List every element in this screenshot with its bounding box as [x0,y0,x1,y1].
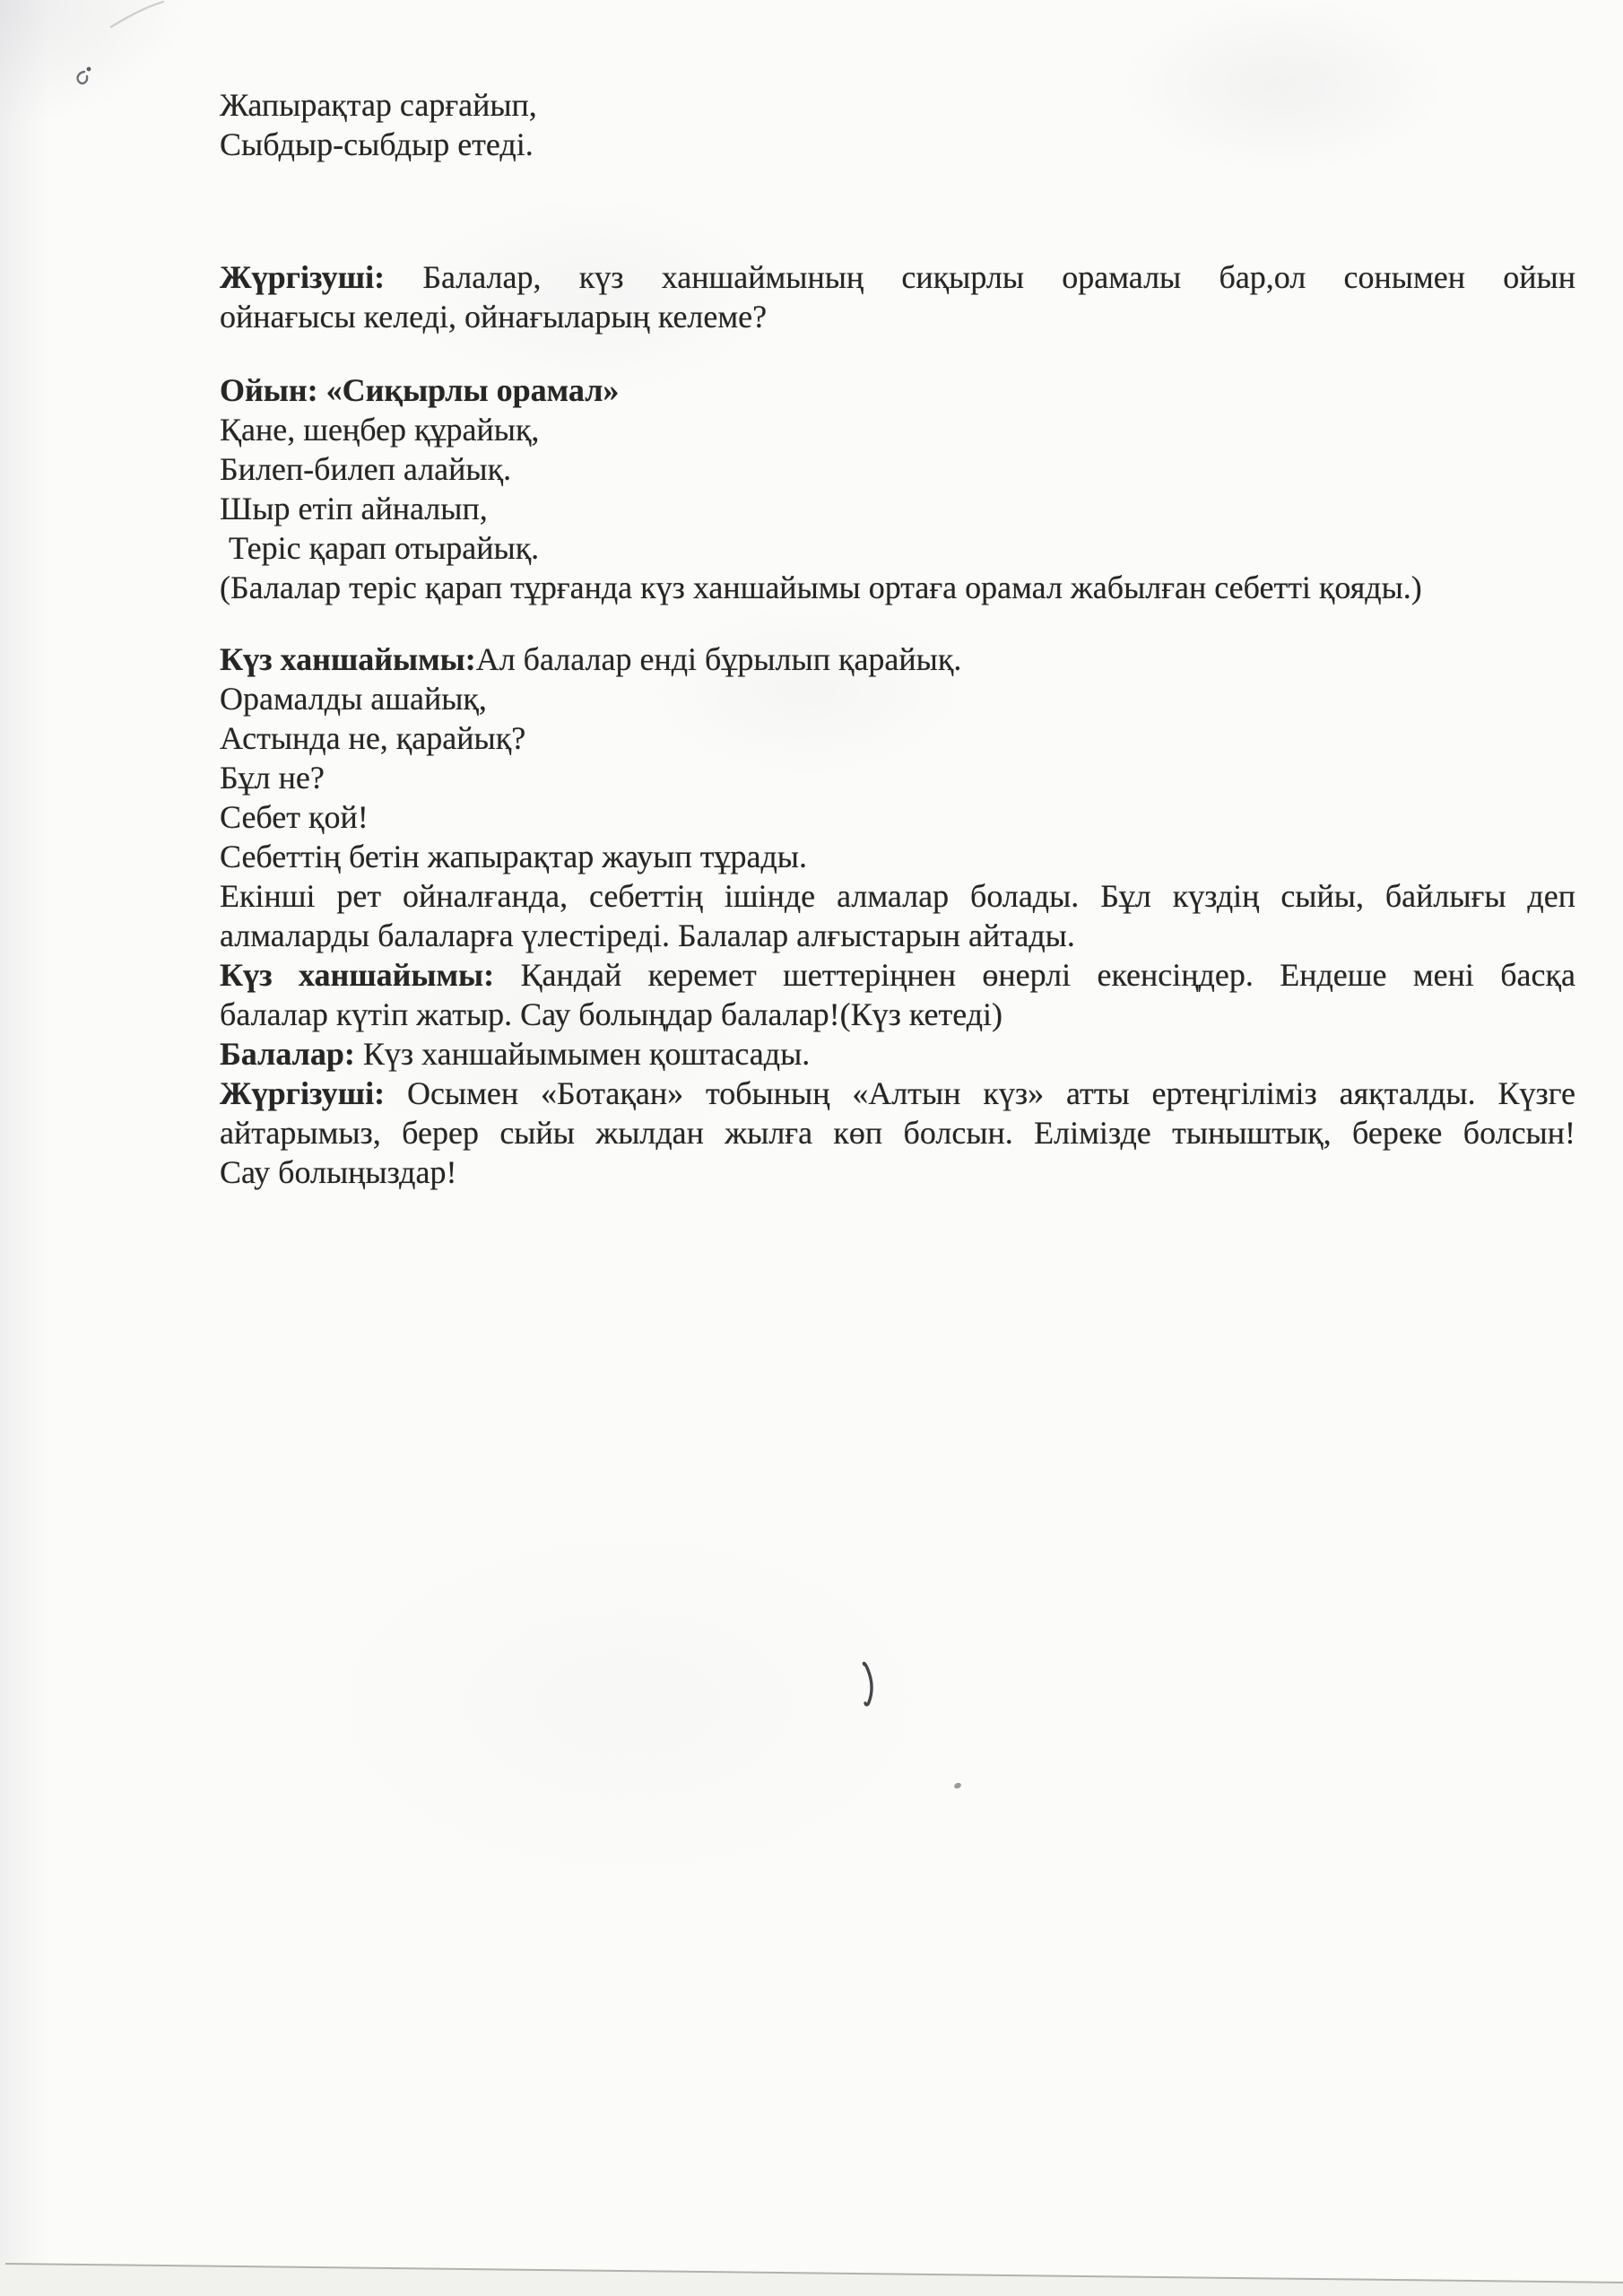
text-line: Билеп-билеп алайық. [220,449,1575,489]
pen-stroke-mark [854,1659,890,1713]
corner-scribble-mark [70,52,100,91]
text-line: Орамалды ашайық, [220,679,1575,718]
text-line: ойнағысы келеді, ойнағыларың келеме? [220,297,1575,336]
text-line: Астында не, қарайық? [220,718,1575,758]
document-text: Жапырақтар сарғайып,Сыбдыр-сыбдыр етеді.… [220,85,1575,1192]
text-line: Сау болыңыздар! [220,1152,1575,1192]
text-line: айтарымыз, берер сыйы жылдан жылға көп б… [220,1113,1575,1152]
document-page: Жапырақтар сарғайып,Сыбдыр-сыбдыр етеді.… [0,0,1623,2296]
text-line: Күз ханшайымы:Ал балалар енді бұрылып қа… [220,639,1575,679]
text-line: Жүргізуші: Осымен «Ботақан» тобының «Алт… [220,1074,1575,1113]
text-line: Теріс қарап отырайық. [220,528,1575,568]
text-line: Жүргізуші: Балалар, күз ханшаймының сиқы… [220,257,1575,297]
top-smudge-mark [106,0,169,30]
text-line: Күз ханшайымы: Қандай керемет шеттеріңне… [220,955,1575,995]
text-line: Ойын: «Сиқырлы орамал» [220,370,1575,410]
text-line: Қане, шеңбер құрайық, [220,410,1575,449]
text-line: Екінші рет ойналғанда, себеттің ішінде а… [220,876,1575,916]
text-line: Сыбдыр-сыбдыр етеді. [220,125,1575,164]
text-line: Жапырақтар сарғайып, [220,85,1575,125]
text-line: Себет қой! [220,797,1575,837]
page-bottom-edge [0,2254,1623,2296]
text-line: Балалар: Күз ханшайымымен қоштасады. [220,1034,1575,1074]
ink-dot-mark [953,1782,962,1790]
text-line: Себеттің бетін жапырақтар жауып тұрады. [220,837,1575,876]
text-line: алмаларды балаларға үлестіреді. Балалар … [220,916,1575,955]
text-line: балалар күтіп жатыр. Сау болыңдар балала… [220,995,1575,1034]
text-line: Бұл не? [220,758,1575,797]
text-line: (Балалар теріс қарап тұрғанда күз ханшай… [220,568,1575,607]
text-line: Шыр етіп айналып, [220,489,1575,528]
